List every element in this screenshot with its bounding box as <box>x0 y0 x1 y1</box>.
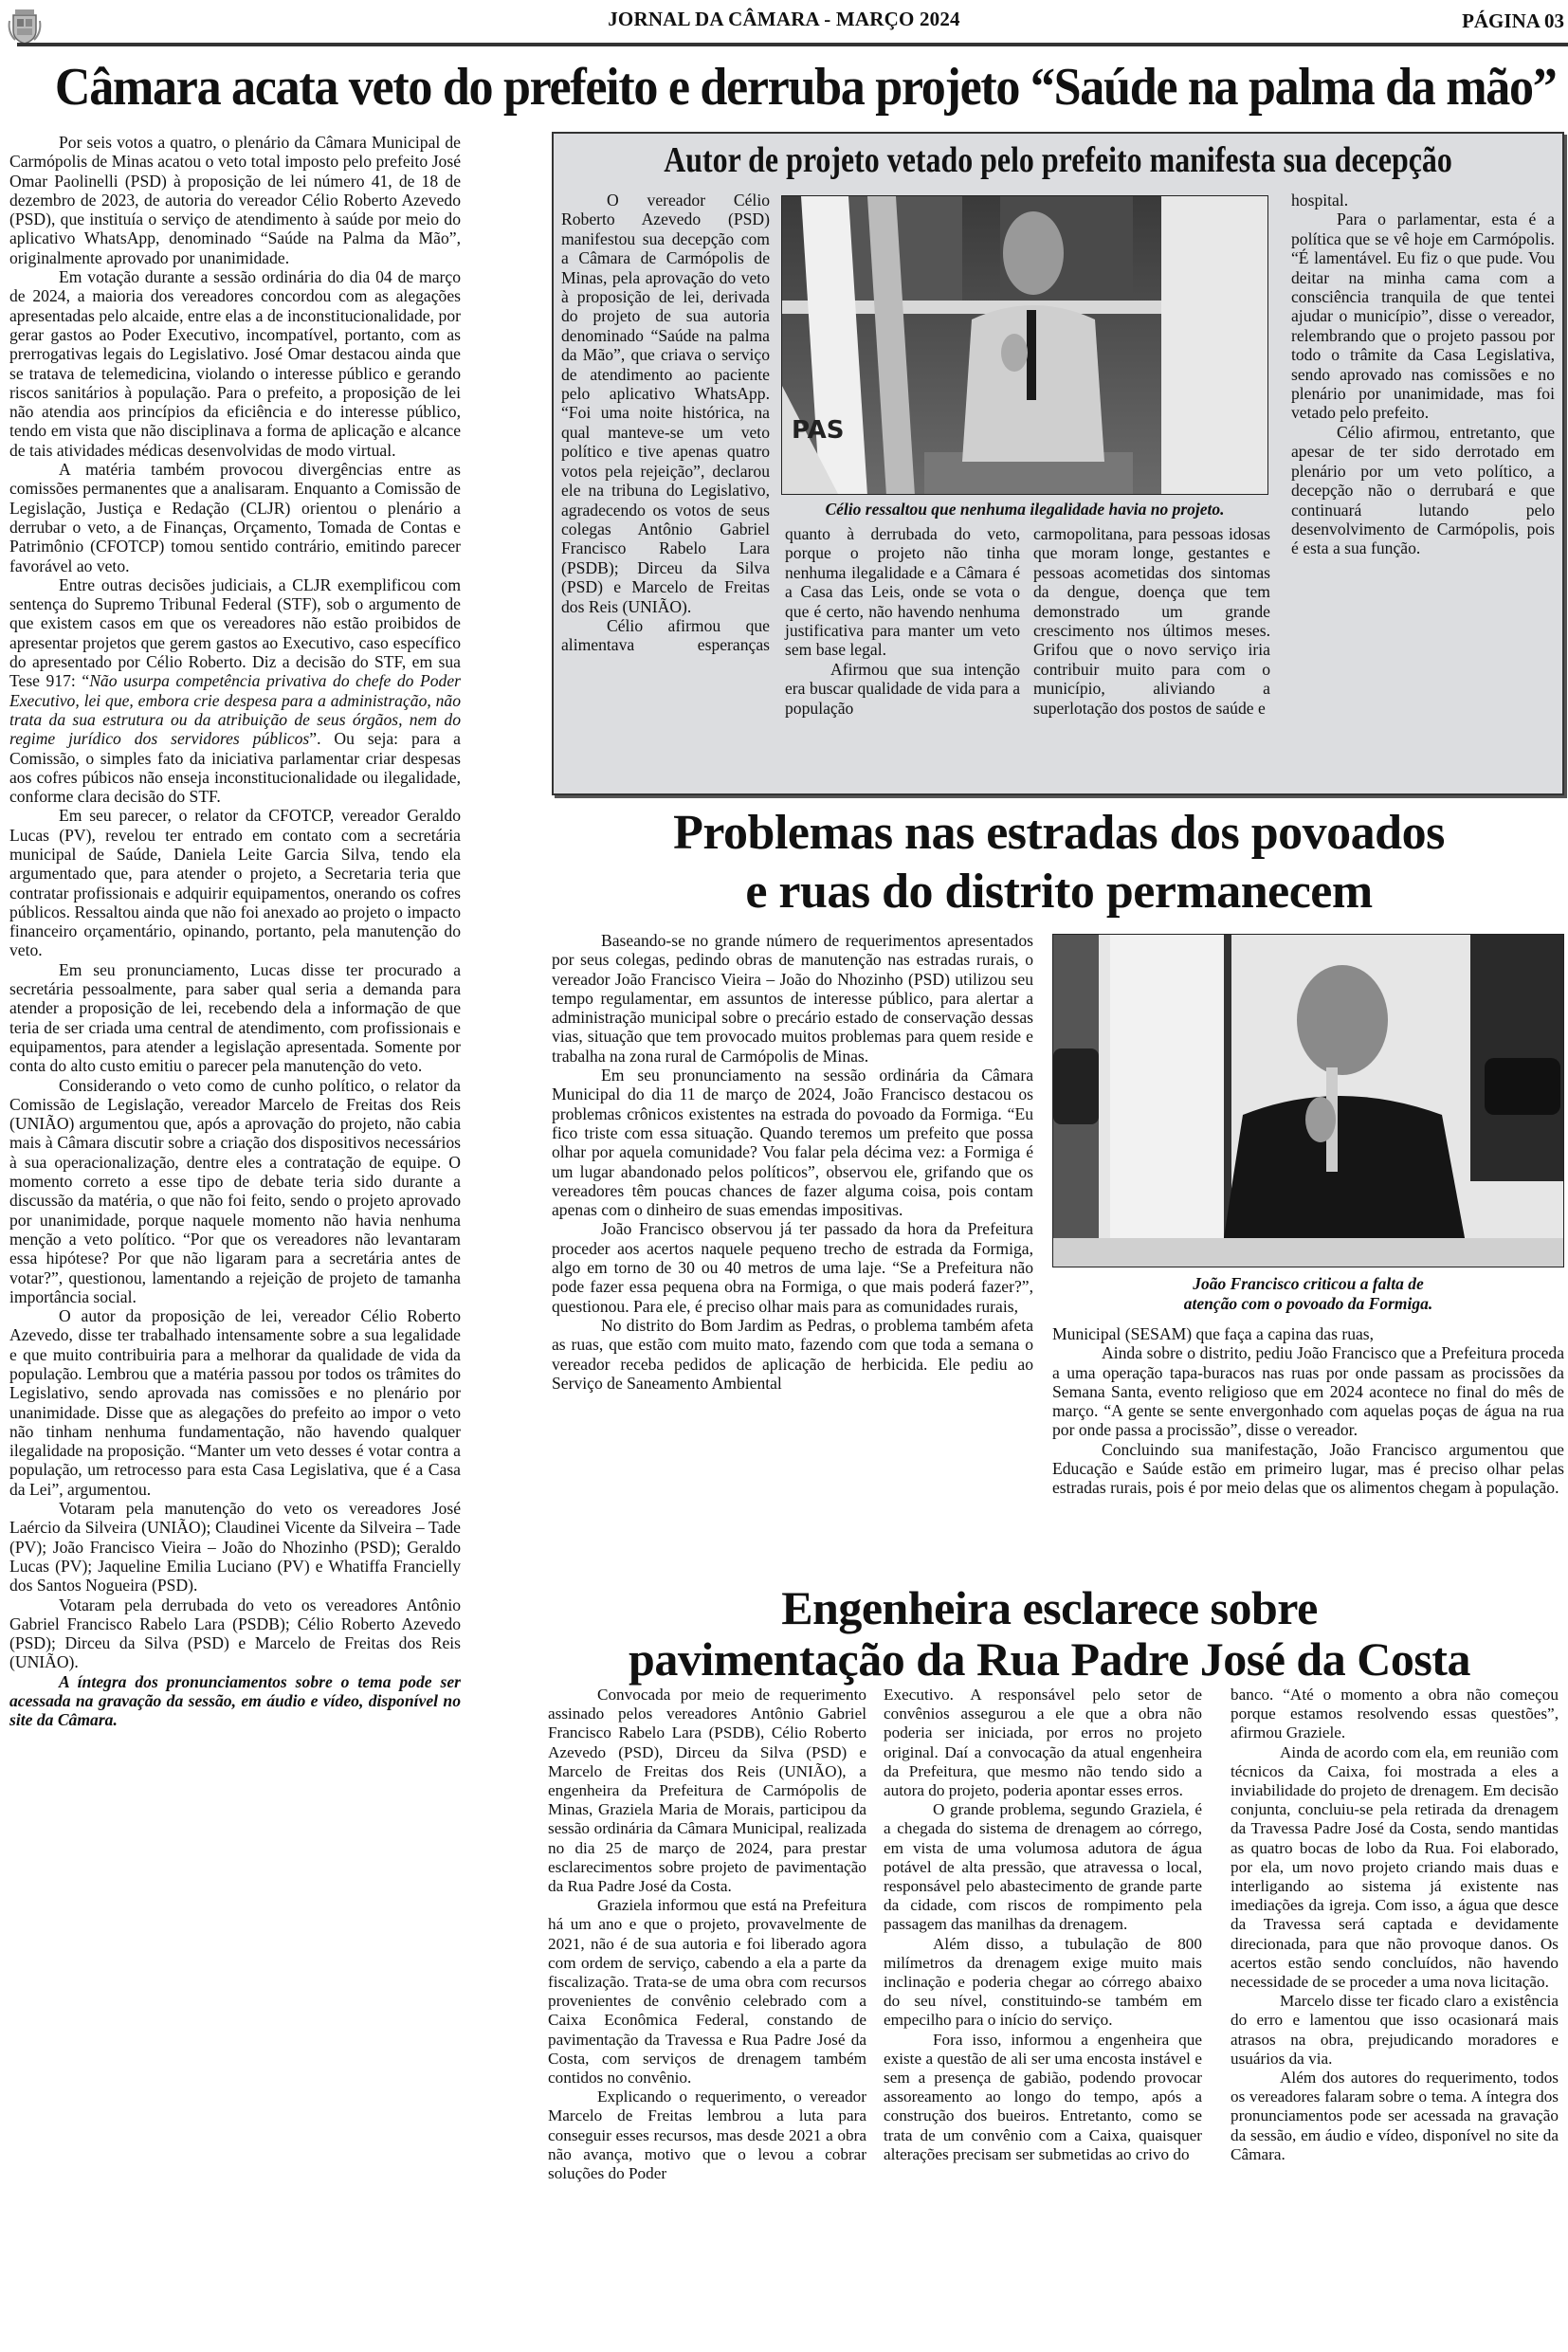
main-headline: Câmara acata veto do prefeito e derruba … <box>55 57 1513 118</box>
paragraph: Explicando o requerimento, o vereador Ma… <box>548 2088 866 2183</box>
paragraph: Municipal (SESAM) que faça a capina das … <box>1052 1324 1564 1343</box>
paragraph: No distrito do Bom Jardim as Pedras, o p… <box>552 1316 1033 1393</box>
paragraph: Além dos autores do requerimento, todos … <box>1231 2069 1559 2164</box>
paragraph: Em seu pronunciamento, Lucas disse ter p… <box>9 960 461 1076</box>
paragraph: carmopolitana, para pessoas idosas que m… <box>1033 524 1270 718</box>
sidebar-column-3: carmopolitana, para pessoas idosas que m… <box>1033 524 1270 718</box>
paragraph: Em seu pronunciamento na sessão ordinári… <box>552 1066 1033 1219</box>
closing-note: A íntegra dos pronunciamentos sobre o te… <box>9 1672 461 1730</box>
article-paving-column-2: Executivo. A responsável pelo setor de c… <box>884 1686 1202 2164</box>
paragraph: Afirmou que sua intenção era buscar qual… <box>785 660 1020 718</box>
paragraph: hospital. <box>1291 191 1555 210</box>
paragraph: O vereador Célio Roberto Azevedo (PSD) m… <box>561 191 770 616</box>
paragraph: Concluindo sua manifestação, João Franci… <box>1052 1440 1564 1498</box>
paragraph: Considerando o veto como de cunho políti… <box>9 1076 461 1307</box>
article-roads-headline-line1: Problemas nas estradas dos povoados <box>550 806 1568 861</box>
paragraph: Baseando-se no grande número de requerim… <box>552 931 1033 1066</box>
article-roads-column-1: Baseando-se no grande número de requerim… <box>552 931 1033 1393</box>
sidebar-column-2: quanto à derrubada do veto, porque o pro… <box>785 524 1020 718</box>
article-paving-column-3: banco. “Até o momento a obra não começou… <box>1231 1686 1559 2164</box>
paragraph: Além disso, a tubulação de 800 milímetro… <box>884 1935 1202 2031</box>
paragraph: Célio afirmou que alimentava esperanças <box>561 616 770 655</box>
paragraph: Marcelo disse ter ficado claro a existên… <box>1231 1992 1559 2069</box>
paragraph: Por seis votos a quatro, o plenário da C… <box>9 133 461 267</box>
photo-celio: PAS <box>781 195 1268 495</box>
article-paving-headline-line2: pavimentação da Rua Padre José da Costa <box>531 1632 1568 1686</box>
paragraph: Em votação durante a sessão ordinária do… <box>9 267 461 460</box>
paragraph: banco. “Até o momento a obra não começou… <box>1231 1686 1559 1743</box>
photo-joao-francisco <box>1052 934 1564 1267</box>
paragraph: Célio afirmou, entretanto, que apesar de… <box>1291 423 1555 558</box>
article-roads-column-2: Municipal (SESAM) que faça a capina das … <box>1052 1324 1564 1498</box>
sidebar-column-1: O vereador Célio Roberto Azevedo (PSD) m… <box>561 191 770 655</box>
stf-paragraph: Entre outras decisões judiciais, a CLJR … <box>9 575 461 807</box>
paragraph: Convocada por meio de requerimento assin… <box>548 1686 866 1896</box>
article-roads-headline-line2: e ruas do distrito permanecem <box>550 865 1568 920</box>
article-paving-column-1: Convocada por meio de requerimento assin… <box>548 1686 866 2183</box>
masthead: JORNAL DA CÂMARA - MARÇO 2024 PÁGINA 03 <box>0 0 1568 47</box>
sidebar-box-author: Autor de projeto vetado pelo prefeito ma… <box>552 132 1564 795</box>
paragraph: Votaram pela manutenção do veto os verea… <box>9 1499 461 1595</box>
page-number: PÁGINA 03 <box>1462 9 1564 33</box>
sidebar-headline: Autor de projeto vetado pelo prefeito ma… <box>634 139 1482 181</box>
photo-caption-joao: João Francisco criticou a falta de atenç… <box>1052 1274 1564 1314</box>
paragraph: O grande problema, segundo Graziela, é a… <box>884 1800 1202 1934</box>
sidebar-column-4: hospital. Para o parlamentar, esta é a p… <box>1291 191 1555 558</box>
svg-text:PAS: PAS <box>792 416 845 445</box>
paragraph: João Francisco observou já ter passado d… <box>552 1219 1033 1315</box>
header-rule <box>17 43 1568 46</box>
paragraph: Em seu parecer, o relator da CFOTCP, ver… <box>9 806 461 959</box>
paragraph: Graziela informou que está na Prefeitura… <box>548 1896 866 2088</box>
paragraph: A matéria também provocou divergências e… <box>9 460 461 575</box>
paragraph: Ainda de acordo com ela, em reunião com … <box>1231 1743 1559 1993</box>
article-paving-headline-line1: Engenheira esclarece sobre <box>531 1581 1568 1634</box>
paragraph: Votaram pela derrubada do veto os veread… <box>9 1595 461 1672</box>
paragraph: Ainda sobre o distrito, pediu João Franc… <box>1052 1343 1564 1439</box>
photo-caption-celio: Célio ressaltou que nenhuma ilegalidade … <box>777 500 1272 520</box>
newspaper-title: JORNAL DA CÂMARA - MARÇO 2024 <box>0 8 1568 31</box>
paragraph: O autor da proposição de lei, vereador C… <box>9 1306 461 1499</box>
paragraph: quanto à derrubada do veto, porque o pro… <box>785 524 1020 660</box>
paragraph: Para o parlamentar, esta é a política qu… <box>1291 210 1555 422</box>
article-veto-body: Por seis votos a quatro, o plenário da C… <box>9 133 461 1730</box>
paragraph: Executivo. A responsável pelo setor de c… <box>884 1686 1202 1800</box>
paragraph: Fora isso, informou a engenheira que exi… <box>884 2031 1202 2164</box>
